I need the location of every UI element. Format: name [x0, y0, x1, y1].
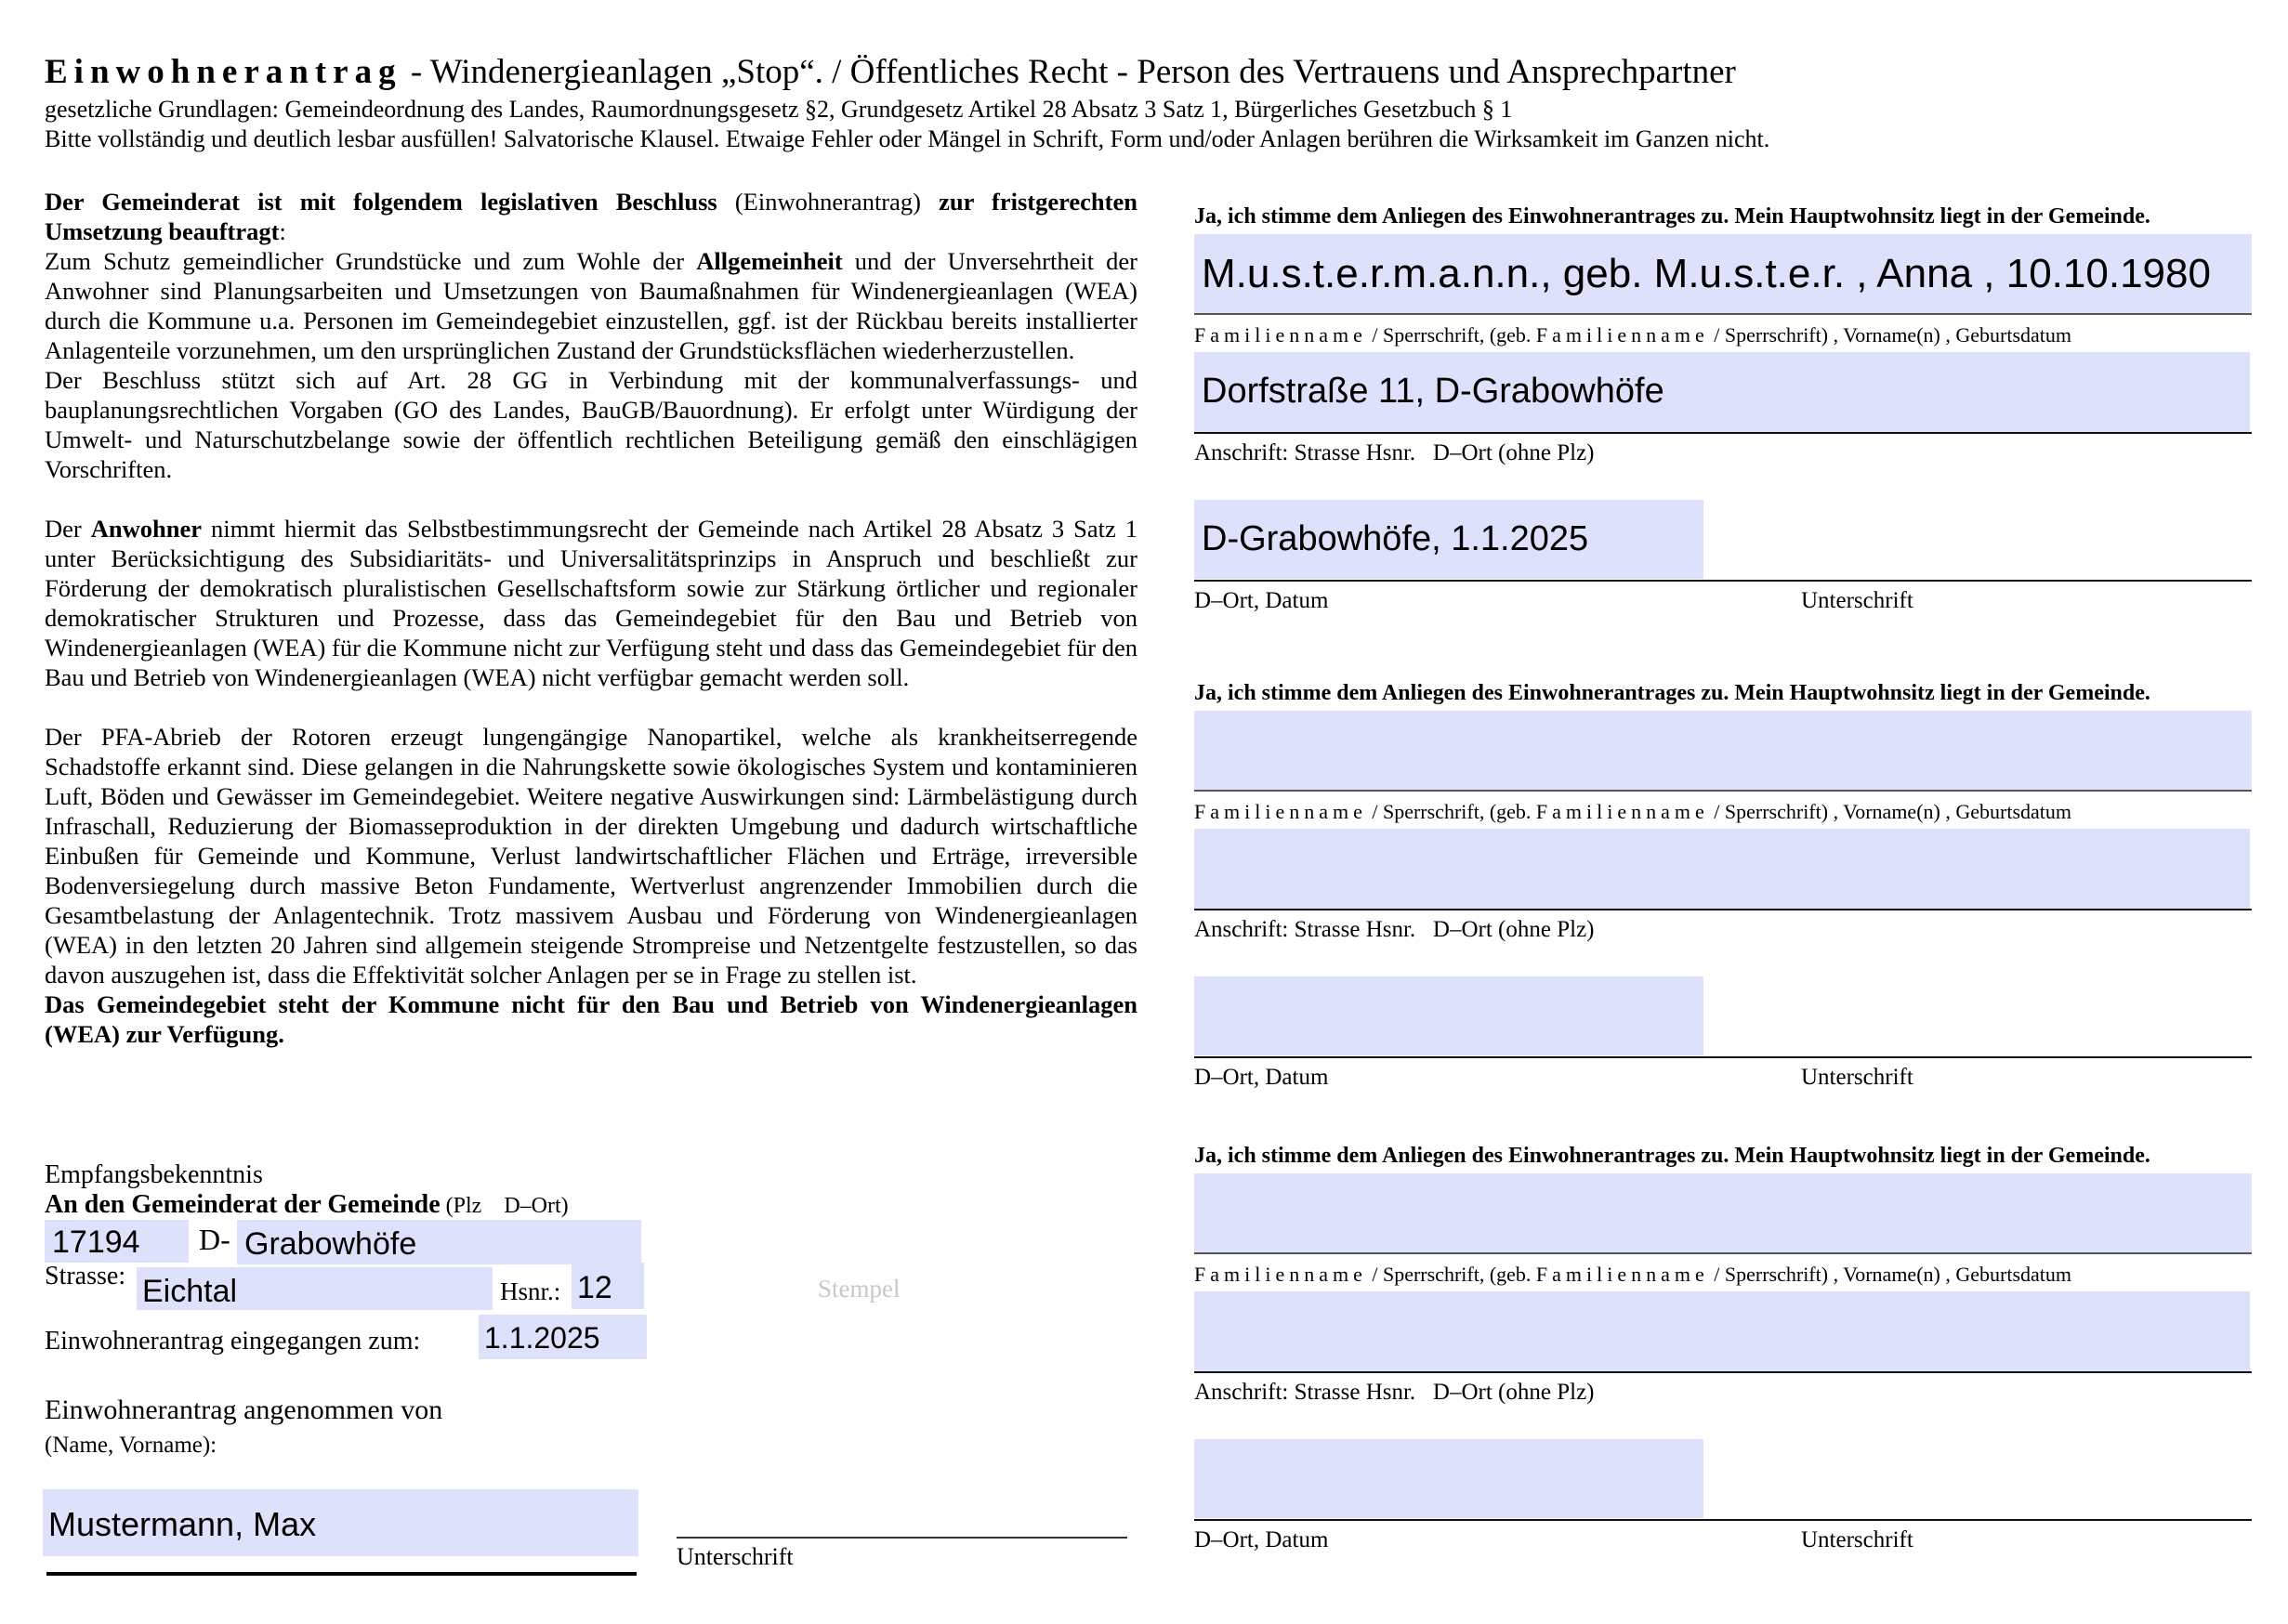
strasse-field[interactable]: Eichtal: [137, 1267, 493, 1310]
page-title: Einwohnerantrag - Windenergieanlagen „St…: [45, 52, 1736, 93]
address-field[interactable]: [1194, 1291, 2250, 1371]
spacer: [45, 692, 1137, 722]
address-underline: [1194, 909, 2252, 910]
spacer: [45, 484, 1137, 514]
name-underline: [46, 1572, 637, 1576]
strasse-label: Strasse:: [45, 1261, 125, 1292]
place-date-field[interactable]: [1194, 976, 1703, 1055]
name-field-label: Familienname / Sperrschrift, (geb. Famil…: [1194, 322, 2071, 348]
hsnr-label: Hsnr.:: [500, 1276, 560, 1307]
ort-field[interactable]: Grabowhöfe: [237, 1220, 641, 1264]
name-field-label: Familienname / Sperrschrift, (geb. Famil…: [1194, 799, 2071, 825]
name-value: M.u.s.t.e.r.m.a.n.n., geb. M.u.s.t.e.r. …: [1202, 251, 2211, 297]
received-label: Einwohnerantrag eingegangen zum:: [45, 1326, 420, 1357]
place-date-label: D–Ort, Datum: [1194, 587, 1328, 615]
resolution-intro: Der Gemeinderat ist mit folgendem legisl…: [45, 187, 1137, 246]
signature-label: Unterschrift: [1801, 587, 1913, 615]
consent-statement: Ja, ich stimme dem Anliegen des Einwohne…: [1194, 1142, 2150, 1170]
place-date-field[interactable]: D-Grabowhöfe, 1.1.2025: [1194, 500, 1703, 579]
place-date-field[interactable]: [1194, 1439, 1703, 1518]
place-date-label: D–Ort, Datum: [1194, 1526, 1328, 1554]
signature-underline: [1194, 1056, 2252, 1058]
signature-underline: [1194, 1519, 2252, 1521]
address-underline: [1194, 432, 2252, 434]
receipt-signature-label: Unterschrift: [677, 1542, 794, 1572]
accepted-label: Einwohnerantrag angenommen von: [45, 1394, 442, 1427]
consent-statement: Ja, ich stimme dem Anliegen des Einwohne…: [1194, 203, 2150, 230]
name-underline: [1194, 313, 2252, 315]
place-date-value: D-Grabowhöfe, 1.1.2025: [1202, 518, 1588, 559]
accepted-hint: (Name, Vorname):: [45, 1431, 217, 1460]
ort-prefix: D-: [199, 1223, 230, 1256]
resolution-paragraph-2: Der Beschluss stützt sich auf Art. 28 GG…: [45, 365, 1137, 484]
resolution-conclusion: Das Gemeindegebiet steht der Kommune nic…: [45, 989, 1137, 1049]
title-rest: - Windenergieanlagen „Stop“. / Öffentlic…: [402, 53, 1736, 91]
signature-label: Unterschrift: [1801, 1064, 1913, 1092]
name-birthdate-field[interactable]: M.u.s.t.e.r.m.a.n.n., geb. M.u.s.t.e.r. …: [1194, 234, 2252, 314]
received-date-field[interactable]: 1.1.2025: [479, 1315, 647, 1359]
name-birthdate-field[interactable]: [1194, 1173, 2252, 1253]
address-field[interactable]: [1194, 829, 2250, 909]
name-field-label: Familienname / Sperrschrift, (geb. Famil…: [1194, 1262, 2071, 1288]
plz-field[interactable]: 17194: [45, 1220, 189, 1263]
resolution-text: Der Gemeinderat ist mit folgendem legisl…: [45, 187, 1137, 1049]
signature-label: Unterschrift: [1801, 1526, 1913, 1554]
accepted-by-field[interactable]: Mustermann, Max: [43, 1489, 638, 1556]
receipt-addressee: An den Gemeinderat der Gemeinde (Plz D–O…: [45, 1189, 569, 1222]
instructions: Bitte vollständig und deutlich lesbar au…: [45, 124, 1769, 154]
receipt-heading: Empfangsbekenntnis: [45, 1159, 263, 1191]
signature-line: [677, 1537, 1127, 1539]
name-birthdate-field[interactable]: [1194, 711, 2252, 791]
address-field-label: Anschrift: Strasse Hsnr. D–Ort (ohne Plz…: [1194, 439, 1595, 467]
consent-statement: Ja, ich stimme dem Anliegen des Einwohne…: [1194, 679, 2150, 707]
address-field-label: Anschrift: Strasse Hsnr. D–Ort (ohne Plz…: [1194, 916, 1595, 944]
place-date-label: D–Ort, Datum: [1194, 1064, 1328, 1092]
address-value: Dorfstraße 11, D-Grabowhöfe: [1202, 371, 1664, 412]
name-underline: [1194, 1252, 2252, 1254]
stamp-placeholder: Stempel: [818, 1275, 901, 1303]
address-underline: [1194, 1371, 2252, 1373]
name-underline: [1194, 790, 2252, 792]
signature-underline: [1194, 580, 2252, 582]
resolution-paragraph-3: Der Anwohner nimmt hiermit das Selbstbes…: [45, 514, 1137, 692]
legal-basis: gesetzliche Grundlagen: Gemeindeordnung …: [45, 95, 1512, 124]
hsnr-field[interactable]: 12: [572, 1263, 644, 1309]
title-bold: Einwohnerantrag: [45, 53, 402, 91]
address-field[interactable]: Dorfstraße 11, D-Grabowhöfe: [1194, 352, 2250, 432]
resolution-paragraph-1: Zum Schutz gemeindlicher Grundstücke und…: [45, 246, 1137, 365]
resolution-paragraph-4: Der PFA-Abrieb der Rotoren erzeugt lunge…: [45, 722, 1137, 989]
address-field-label: Anschrift: Strasse Hsnr. D–Ort (ohne Plz…: [1194, 1379, 1595, 1407]
